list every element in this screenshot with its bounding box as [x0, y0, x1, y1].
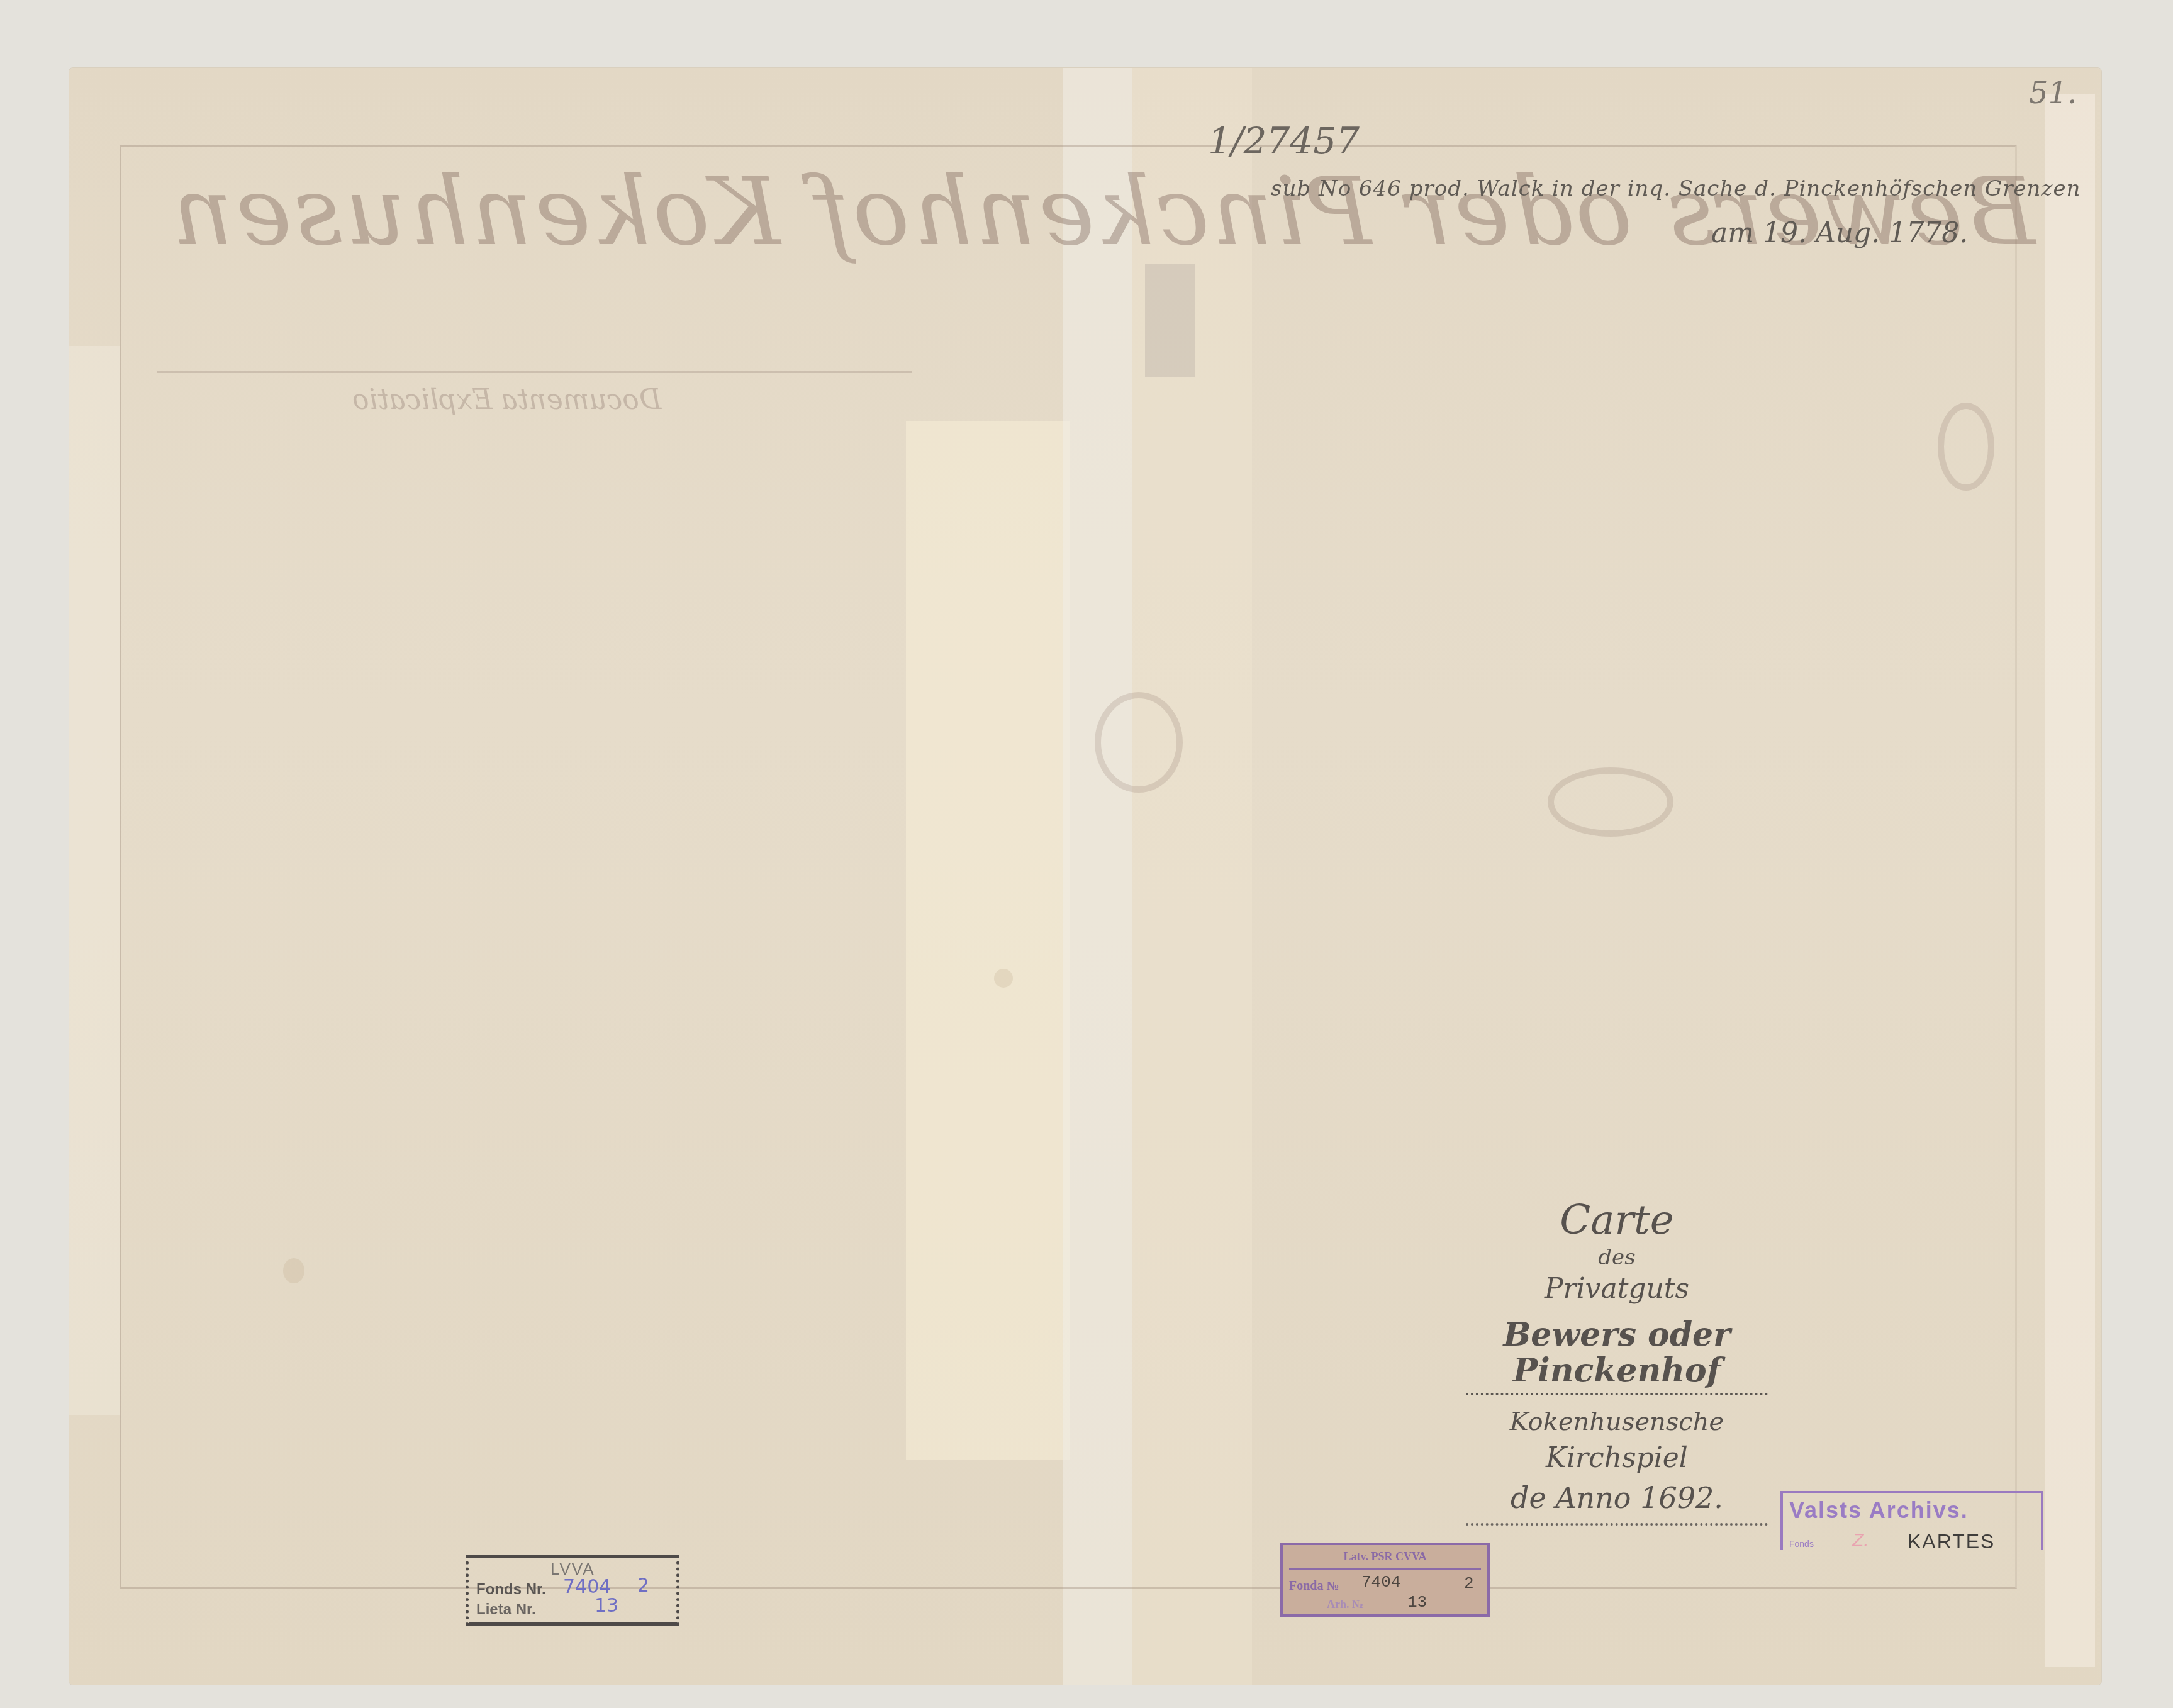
annotation-line-2: am 19. Aug. 1778. [1711, 217, 1968, 249]
stamp-divider [1289, 1568, 1481, 1570]
map-title-label: Carte des Privatguts Bewers oder Pincken… [1466, 1198, 1768, 1526]
label-year: de Anno 1692. [1466, 1482, 1768, 1526]
valsts-archivs-stamp: Valsts Archivs. Fonds Z. KARTES [1780, 1491, 2043, 1550]
reference-number: 1/27457 [1208, 120, 1360, 162]
stamp-title: Latv. PSR CVVA [1283, 1550, 1487, 1563]
bleed-through-ornament [1548, 767, 1673, 837]
stamp-list-value: 13 [595, 1595, 618, 1617]
label-des: des [1466, 1246, 1768, 1270]
label-kirchspiel: Kirchspiel [1466, 1443, 1768, 1473]
tape-strip-right [2045, 94, 2095, 1667]
bleed-through-rule [157, 371, 912, 373]
stamp-op-value: 2 [637, 1575, 649, 1597]
stamp-handwritten-kartes: KARTES [1908, 1530, 1995, 1553]
stamp-fonds-label: Fonds Nr. [476, 1581, 546, 1599]
stamp-fonds-label: Fonds [1789, 1539, 1814, 1549]
bleed-through-title: Bewers oder Pinckenhof Kokenhusen [170, 157, 2035, 267]
cvva-archive-label: Latv. PSR CVVA Fonda № 7404 2 Arh. № 13 [1280, 1543, 1490, 1617]
stamp-arch-label: Arh. № [1327, 1598, 1363, 1611]
page-number: 51. [2029, 75, 2077, 111]
stamp-arch-value: 13 [1407, 1593, 1427, 1612]
stamp-red-mark: Z. [1852, 1530, 1869, 1551]
stain-spot [283, 1258, 304, 1283]
label-parish: Kokenhusensche [1466, 1408, 1768, 1436]
bleed-through-subtitle: Documenta Explicatio [352, 384, 661, 416]
annotation-line-1: sub No 646 prod. Walck in der inq. Sache… [1271, 176, 2081, 201]
stamp-fonds-label: Fonda № [1289, 1579, 1339, 1594]
stamp-fonds-value: 7404 [1361, 1573, 1400, 1592]
stain-spot [994, 969, 1013, 988]
label-estate-name: Bewers oder Pinckenhof [1466, 1317, 1768, 1395]
bleed-through-ornament [1095, 692, 1183, 793]
stamp-title: Valsts Archivs. [1789, 1497, 1969, 1524]
stamp-list-label: Lieta Nr. [476, 1601, 536, 1619]
bleed-through-ornament [1938, 403, 1994, 491]
label-privatguts: Privatguts [1466, 1274, 1768, 1304]
label-carte: Carte [1466, 1198, 1768, 1242]
lvva-archive-stamp: LVVA Fonds Nr. 7404 2 Lieta Nr. 13 [466, 1555, 679, 1626]
stamp-op-value: 2 [1464, 1574, 1474, 1593]
tape-strip-left [69, 346, 120, 1415]
